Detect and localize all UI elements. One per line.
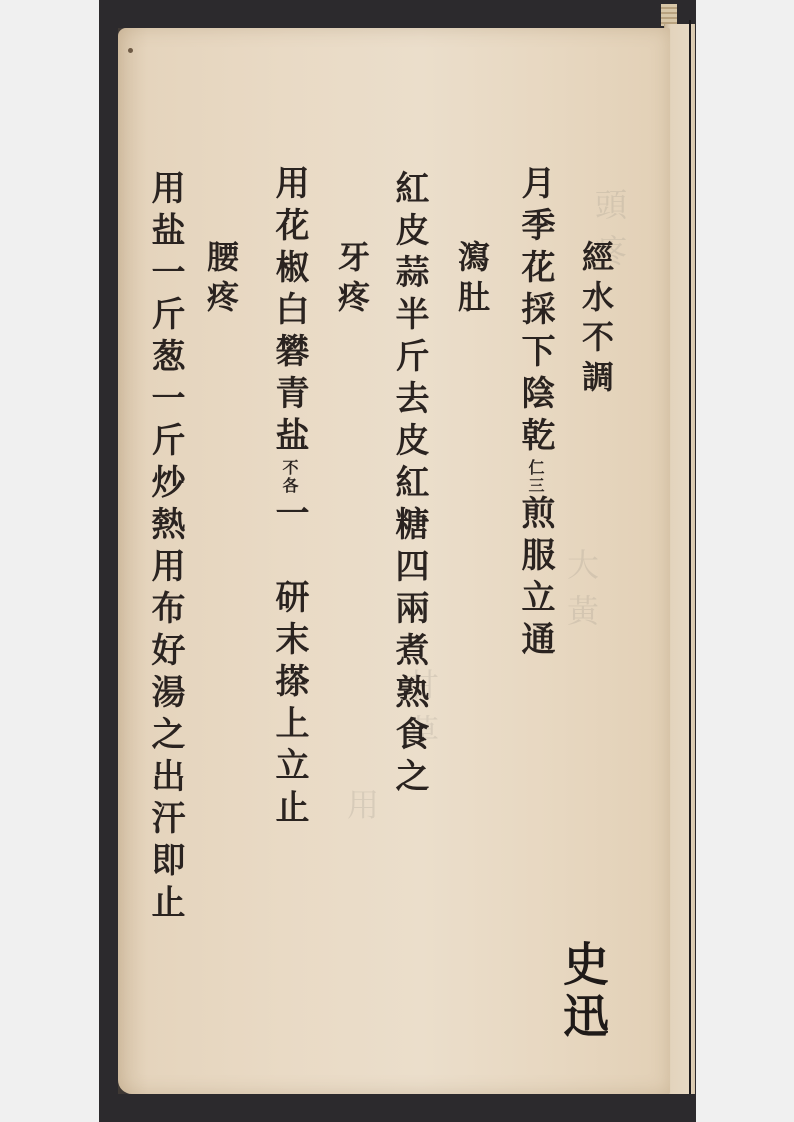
bleed-through-text: 大黃 (558, 548, 604, 640)
remedy-text-part: 用花椒白礬青盐 (269, 165, 309, 459)
ink-spot (128, 48, 133, 53)
remedy-text-menstrual: 月季花採下陰乾仁三煎服立通 (518, 165, 552, 663)
heading-toothache: 牙疼 (336, 240, 368, 320)
signature: 史迅 (560, 940, 606, 1044)
heading-diarrhea: 瀉肚 (456, 240, 488, 320)
remedy-text-backache: 用盐一斤葱一斤炒熱用布好湯之出汗即止 (148, 170, 182, 926)
heading-backache: 腰疼 (205, 240, 237, 320)
bleed-through-text: 用 (338, 788, 384, 834)
annotation-note: 不各 (281, 459, 297, 495)
annotation-note: 仁三 (527, 459, 543, 495)
remedy-text-part: 煎服立通 (515, 495, 555, 663)
spine-shadow-line (689, 20, 691, 1094)
remedy-text-part: 月季花採下陰乾 (515, 165, 555, 459)
remedy-text-part: 一 研末搽上立止 (269, 495, 309, 831)
heading-menstrual-irregularity: 經水不調 (580, 240, 612, 400)
binding-tab (661, 4, 677, 26)
remedy-text-diarrhea: 紅皮蒜半斤去皮紅糖四兩煮熟食之 (392, 170, 426, 800)
remedy-text-toothache: 用花椒白礬青盐不各一 研末搽上立止 (272, 165, 306, 831)
